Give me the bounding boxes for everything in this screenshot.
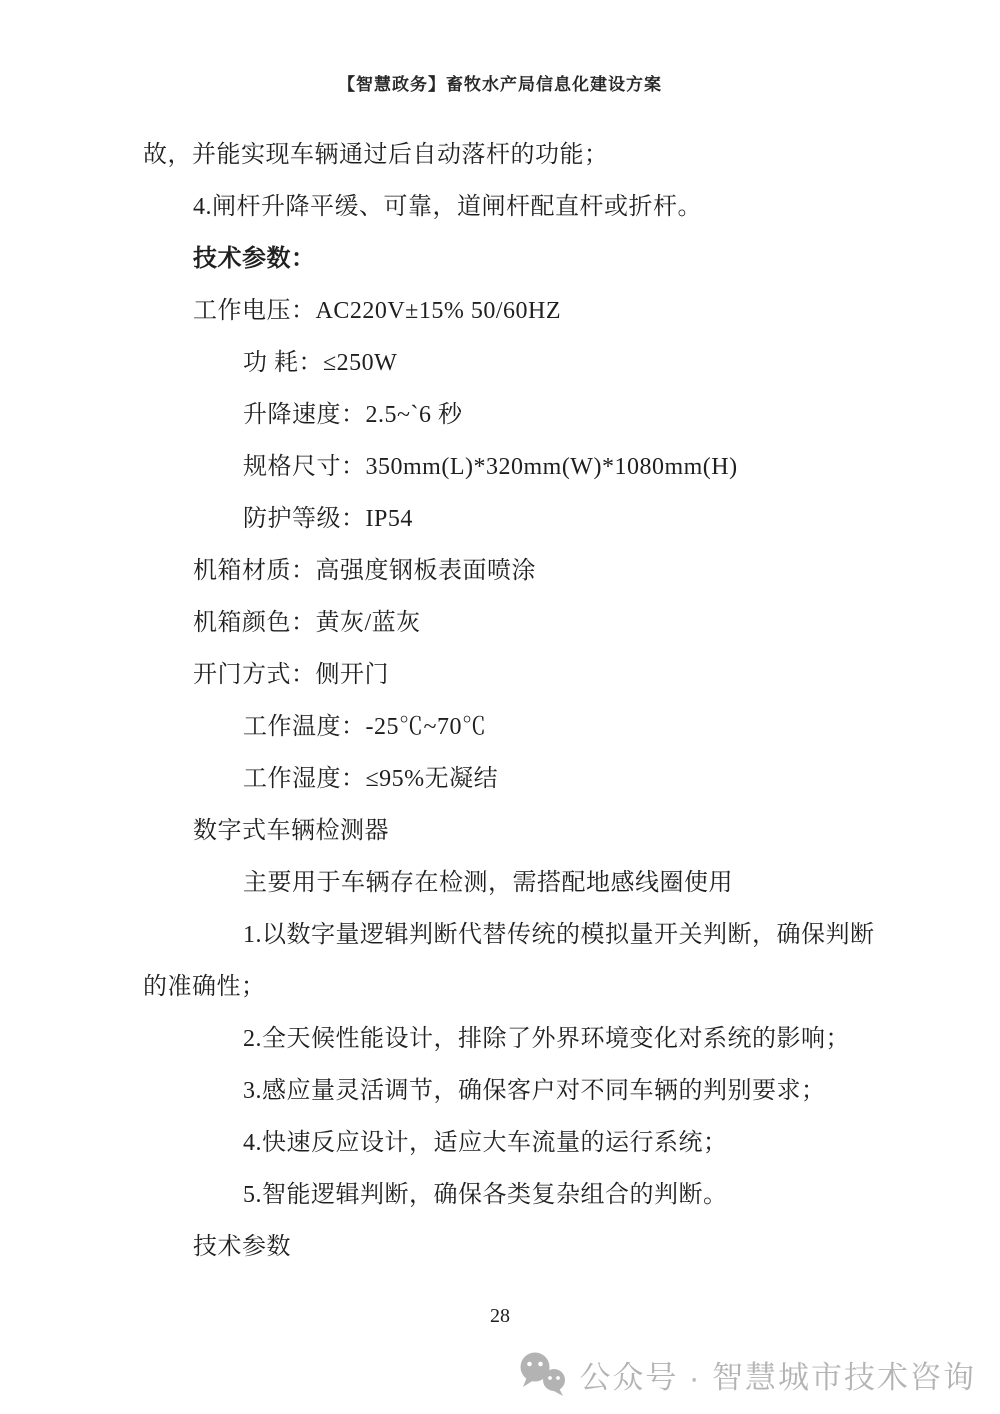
text-line: 功 耗：≤250W — [143, 337, 857, 389]
text-line: 的准确性； — [143, 961, 857, 1013]
text-line: 4.快速反应设计，适应大车流量的运行系统； — [143, 1117, 857, 1169]
text-line: 数字式车辆检测器 — [143, 805, 857, 857]
text-line: 5.智能逻辑判断，确保各类复杂组合的判断。 — [143, 1169, 857, 1221]
text-line: 工作湿度：≤95%无凝结 — [143, 753, 857, 805]
text-line: 开门方式：侧开门 — [143, 649, 857, 701]
watermark-text: 公众号 · 智慧城市技术咨询 — [579, 1352, 976, 1397]
text-line: 工作温度：-25℃~70℃ — [143, 701, 857, 753]
document-page: { "header": { "title": "【智慧政务】畜牧水产局信息化建设… — [0, 0, 1000, 1414]
text-line: 4.闸杆升降平缓、可靠，道闸杆配直杆或折杆。 — [143, 181, 857, 233]
text-line: 主要用于车辆存在检测，需搭配地感线圈使用 — [143, 857, 857, 909]
text-line: 防护等级：IP54 — [143, 493, 857, 545]
text-line: 技术参数 — [143, 1221, 857, 1273]
document-body: 故，并能实现车辆通过后自动落杆的功能；4.闸杆升降平缓、可靠，道闸杆配直杆或折杆… — [143, 129, 857, 1273]
text-line: 技术参数： — [143, 233, 857, 285]
page-number: 28 — [0, 1305, 1000, 1328]
wechat-icon — [517, 1350, 567, 1398]
text-line: 机箱材质：高强度钢板表面喷涂 — [143, 545, 857, 597]
text-line: 2.全天候性能设计，排除了外界环境变化对系统的影响； — [143, 1013, 857, 1065]
text-line: 规格尺寸：350mm(L)*320mm(W)*1080mm(H) — [143, 441, 857, 493]
page-title: 【智慧政务】畜牧水产局信息化建设方案 — [0, 0, 1000, 95]
text-line: 升降速度：2.5~`6 秒 — [143, 389, 857, 441]
text-line: 1.以数字量逻辑判断代替传统的模拟量开关判断，确保判断 — [143, 909, 857, 961]
text-line: 3.感应量灵活调节，确保客户对不同车辆的判别要求； — [143, 1065, 857, 1117]
text-line: 故，并能实现车辆通过后自动落杆的功能； — [143, 129, 857, 181]
text-line: 机箱颜色：黄灰/蓝灰 — [143, 597, 857, 649]
watermark: 公众号 · 智慧城市技术咨询 — [517, 1350, 976, 1398]
text-line: 工作电压：AC220V±15% 50/60HZ — [143, 285, 857, 337]
